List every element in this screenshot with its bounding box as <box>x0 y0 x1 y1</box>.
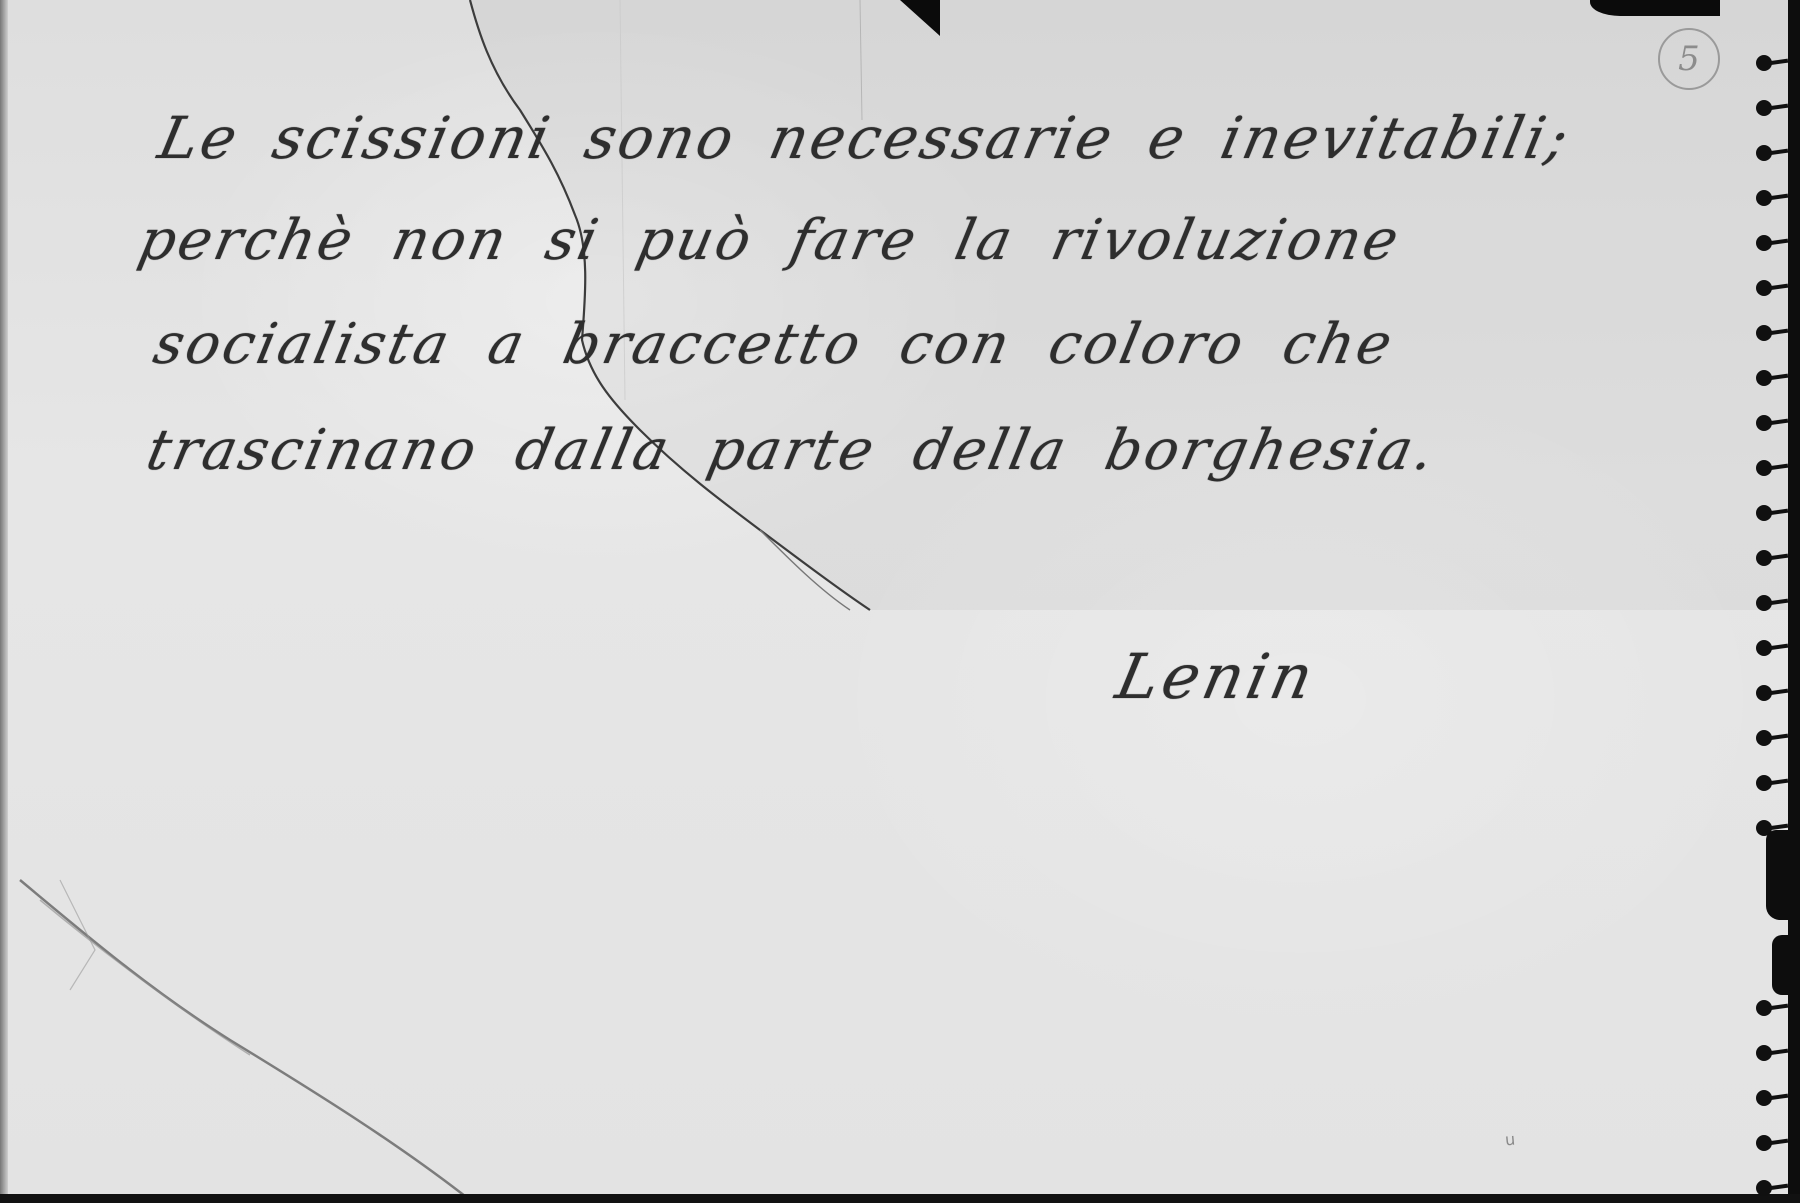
perforation-hole <box>1756 685 1772 701</box>
paper-sheet: 5 Le scissioni sono necessarie e inevita… <box>0 0 1800 1203</box>
handwritten-line-2: perchè non si può fare la rivoluzione <box>133 208 1407 273</box>
perforation-hole <box>1756 775 1772 791</box>
handwritten-line-4: trascinano dalla parte della borghesia. <box>141 418 1442 483</box>
perforation-hole <box>1756 640 1772 656</box>
perforation-hole <box>1756 1000 1772 1016</box>
perforation-hole <box>1756 100 1772 116</box>
perforation-hole <box>1756 145 1772 161</box>
margin-pencil-mark: u <box>1504 1130 1516 1150</box>
perforation-hole <box>1756 1090 1772 1106</box>
perforation-hole <box>1756 235 1772 251</box>
perforation-hole <box>1756 1045 1772 1061</box>
handwritten-line-3: socialista a braccetto con coloro che <box>148 312 1400 377</box>
bottom-edge <box>0 1194 1800 1203</box>
left-shadow-edge <box>0 0 8 1203</box>
perforation-hole <box>1756 55 1772 71</box>
perforation-hole <box>1756 460 1772 476</box>
perforation-hole <box>1756 595 1772 611</box>
perforation-hole <box>1756 550 1772 566</box>
tear-and-fold-marks <box>0 0 1800 1203</box>
torn-perforation <box>1766 830 1794 920</box>
top-torn-corner <box>900 0 940 36</box>
perforation-hole <box>1756 730 1772 746</box>
circled-page-number: 5 <box>1658 28 1720 90</box>
top-right-dark-corner <box>1590 0 1720 16</box>
perforation-hole <box>1756 415 1772 431</box>
handwritten-line-1: Le scissioni sono necessarie e inevitabi… <box>153 104 1577 172</box>
torn-perforation <box>1772 935 1794 995</box>
signature: Lenin <box>1110 640 1323 713</box>
perforation-hole <box>1756 325 1772 341</box>
perforation-hole <box>1756 190 1772 206</box>
perforation-hole <box>1756 370 1772 386</box>
perforated-edge <box>1788 0 1800 1203</box>
perforation-hole <box>1756 505 1772 521</box>
perforation-hole <box>1756 1180 1772 1196</box>
perforation-hole <box>1756 1135 1772 1151</box>
perforation-hole <box>1756 280 1772 296</box>
